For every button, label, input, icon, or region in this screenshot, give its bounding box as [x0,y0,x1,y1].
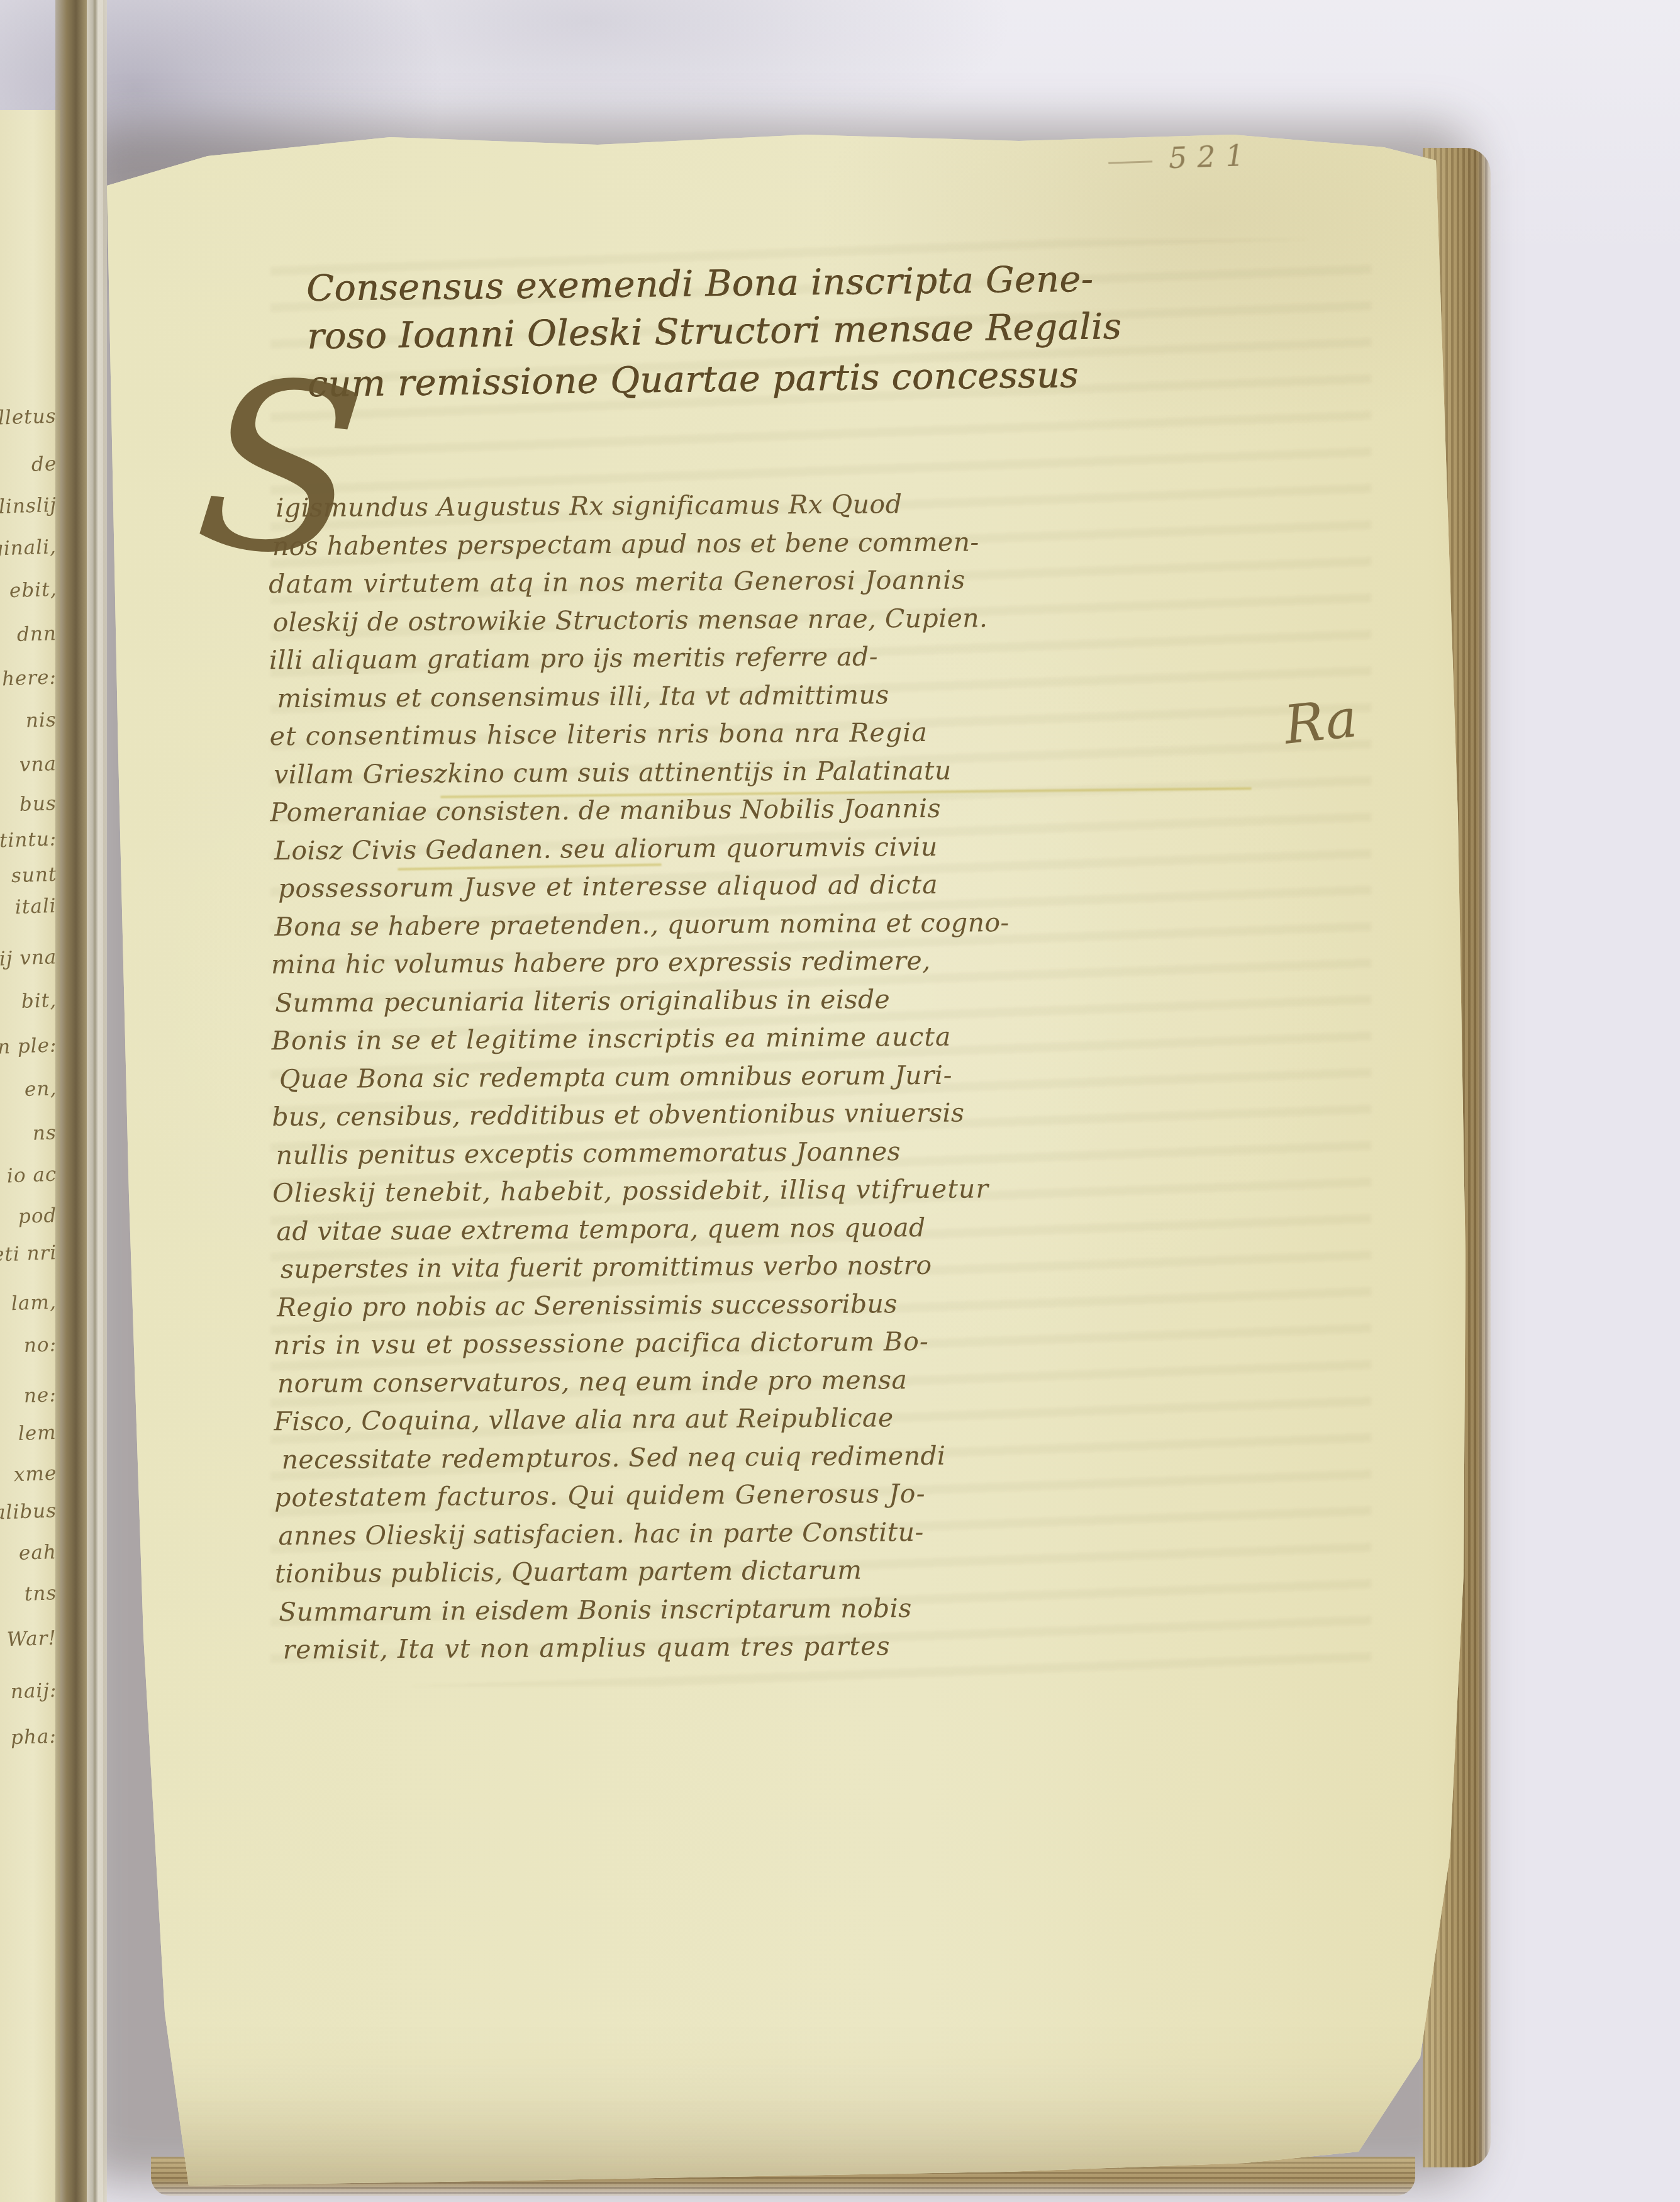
manuscript-line: Loisz Civis Gedanen. seu aliorum quorumv… [270,825,1365,869]
manuscript-line: norum conservaturos, neq eum inde pro me… [274,1358,1368,1402]
manuscript-line: superstes in vita fuerit promittimus ver… [273,1244,1367,1288]
manuscript-line: datam virtutem atq in nos merita Generos… [269,559,1363,603]
manuscript-line: remisit, Ita vt non amplius quam tres pa… [275,1624,1369,1669]
facing-page-text-fragment: io ac [6,1163,57,1188]
facing-page-text-fragment: en, [24,1077,57,1101]
facing-page-text-fragment: ginali, [0,535,57,561]
manuscript-line: villam Grieszkino cum suis attinentijs i… [270,749,1364,793]
manuscript-line: potestatem facturos. Qui quidem Generosu… [274,1472,1369,1517]
facing-page-text-fragment: vna [19,752,57,776]
facing-page-text-fragment: lem [18,1421,57,1445]
facing-page-strip: lletusdeZalinslijginali,ebit,dnnhere:nis… [0,110,60,2202]
facing-page-text-fragment: tns [24,1582,57,1606]
facing-page-text-fragment: lij vna [0,946,57,971]
facing-page-text-fragment: pha: [11,1725,57,1750]
manuscript-line: nullis penitus exceptis commemoratus Joa… [272,1129,1367,1174]
manuscript-line: Summarum in eisdem Bonis inscriptarum no… [275,1586,1369,1631]
manuscript-line: Bonis in se et legitime inscriptis ea mi… [271,1015,1366,1060]
facing-page-text-fragment: ns [33,1121,57,1144]
facing-page-text-fragment: dnn [17,622,57,646]
facing-page-text-fragment: Zalinslij [0,494,57,520]
manuscript-line: Bona se habere praetenden., quorum nomin… [270,901,1365,946]
facing-page-text-fragment: sunt [11,863,57,888]
manuscript-line: ad vitae suae extrema tempora, quem nos … [272,1205,1367,1250]
facing-page-text-fragment: naij: [10,1679,57,1704]
facing-page-text-fragment: here: [1,666,57,690]
facing-page-text-fragment: xme [13,1462,57,1486]
facing-page-text-fragment: War! [6,1627,57,1651]
facing-page-text-fragment: ebit, [9,578,57,603]
facing-page-text-fragment: eah [19,1541,57,1565]
facing-page-text-fragment: n ple: [0,1034,57,1058]
facing-page-text-fragment: alibus [0,1499,57,1524]
manuscript-line: Regio pro nobis ac Serenissimis successo… [273,1282,1367,1326]
manuscript-line: et consentimus hisce literis nris bona n… [270,711,1364,756]
facing-page-text-fragment: lletus [0,405,57,429]
manuscript-line: Quae Bona sic redempta cum omnibus eorum… [272,1053,1366,1098]
manuscript-photo: lletusdeZalinslijginali,ebit,dnnhere:nis… [0,0,1680,2202]
facing-page-text-fragment: no: [23,1333,57,1357]
facing-page-text-fragment: nis [26,708,57,732]
manuscript-line: Olieskij tenebit, habebit, possidebit, i… [272,1168,1367,1212]
document-heading: Consensus exemendi Bona inscripta Gene-r… [306,254,1239,408]
facing-page-text-fragment: bus [19,792,57,816]
facing-page-text-fragment: pod [18,1204,57,1228]
manuscript-line: Fisco, Coquina, vllave alia nra aut Reip… [274,1396,1368,1441]
facing-page-text-fragment: itali [15,895,57,919]
glass-plate-edge [87,0,103,2202]
manuscript-line: mina hic volumus habere pro expressis re… [271,939,1366,984]
manuscript-line: annes Olieskij satisfacien. hac in parte… [274,1510,1369,1555]
facing-page-text-fragment: tintu: [0,827,57,852]
marginal-note: Ra [1281,687,1360,756]
manuscript-line: igismundus Augustus Rx significamus Rx Q… [268,483,1362,527]
manuscript-line: bus, censibus, redditibus et obventionib… [272,1092,1366,1136]
manuscript-line: nos habentes perspectam apud nos et bene… [269,520,1363,565]
manuscript-line: tionibus publicis, Quartam partem dictar… [275,1548,1369,1593]
manuscript-line: misimus et consensimus illi, Ita vt admi… [269,673,1364,717]
manuscript-body: igismundus Augustus Rx significamus Rx Q… [268,483,1369,1669]
facing-page-text-fragment: de [31,452,57,476]
manuscript-page: 521 Consensus exemendi Bona inscripta Ge… [0,0,1680,2202]
facing-page-text-fragment: eti nri [0,1241,57,1266]
manuscript-line: necessitate redempturos. Sed neq cuiq re… [274,1434,1369,1478]
facing-page-text-fragment: ne: [24,1383,57,1407]
manuscript-line: Summa pecuniaria literis originalibus in… [271,977,1366,1022]
manuscript-line: oleskij de ostrowikie Structoris mensae … [269,596,1363,641]
facing-page-text-fragment: bit, [21,989,57,1013]
page-number: 521 [1168,138,1255,176]
manuscript-line: nris in vsu et possessione pacifica dict… [273,1320,1367,1365]
facing-page-text-fragment: lam, [11,1291,57,1315]
manuscript-line: illi aliquam gratiam pro ijs meritis ref… [269,635,1364,679]
